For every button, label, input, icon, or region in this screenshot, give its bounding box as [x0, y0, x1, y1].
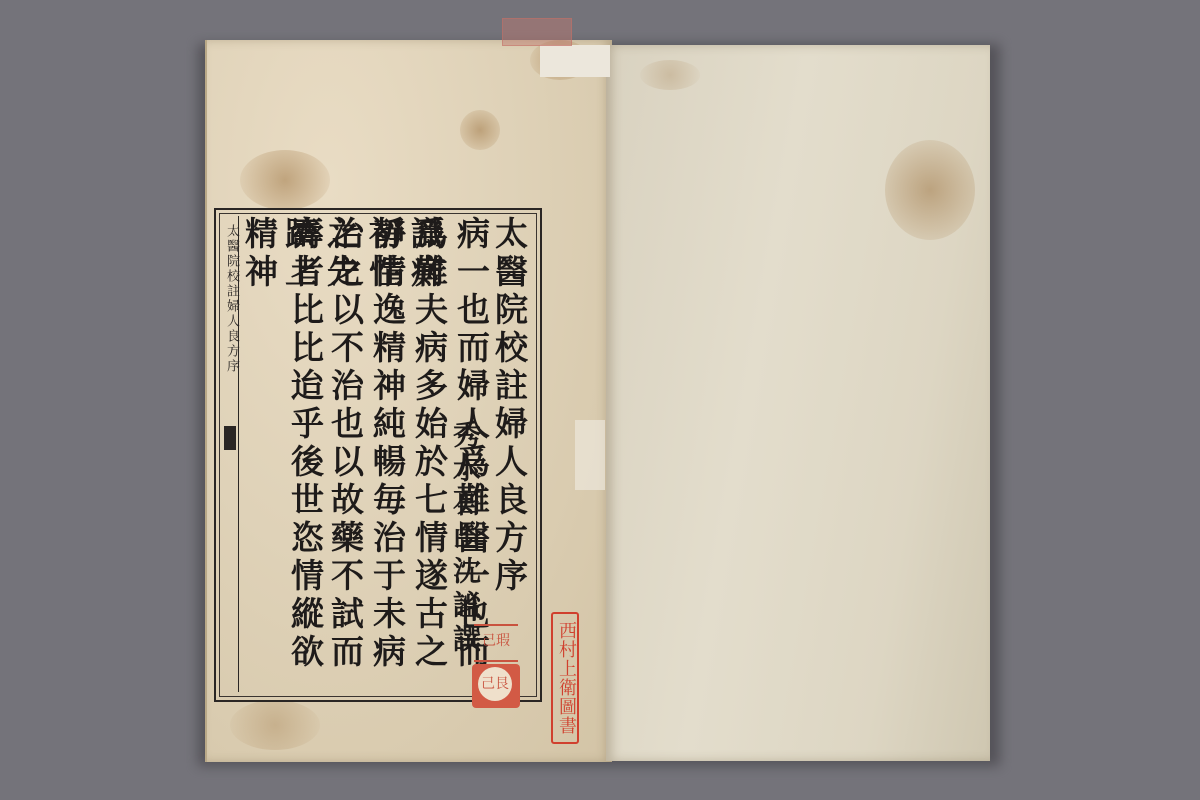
water-stain	[640, 60, 700, 90]
faded-seal-top	[502, 18, 572, 46]
spine-fishtail	[224, 426, 236, 450]
library-ownership-seal: 西村上衛圖書	[551, 612, 579, 744]
paper-tear	[575, 420, 605, 490]
author-seal-stamps: 己瑕 己艮	[470, 624, 526, 690]
text-column-5: 壽者比比迨乎後世恣情縱欲精神	[236, 216, 328, 700]
printed-frame: 太醫院校註婦人良方序 太醫院校註婦人良方序 秀水石山沈謐譔 病一也而婦人爲難醫一…	[214, 208, 542, 702]
water-stain	[885, 140, 975, 240]
author-seal-upper: 己瑕	[474, 624, 518, 662]
water-stain	[240, 150, 330, 210]
author-seal-lower: 己艮	[472, 664, 520, 708]
water-stain	[460, 110, 500, 150]
water-stain	[230, 700, 320, 750]
paper-tear	[540, 45, 610, 77]
